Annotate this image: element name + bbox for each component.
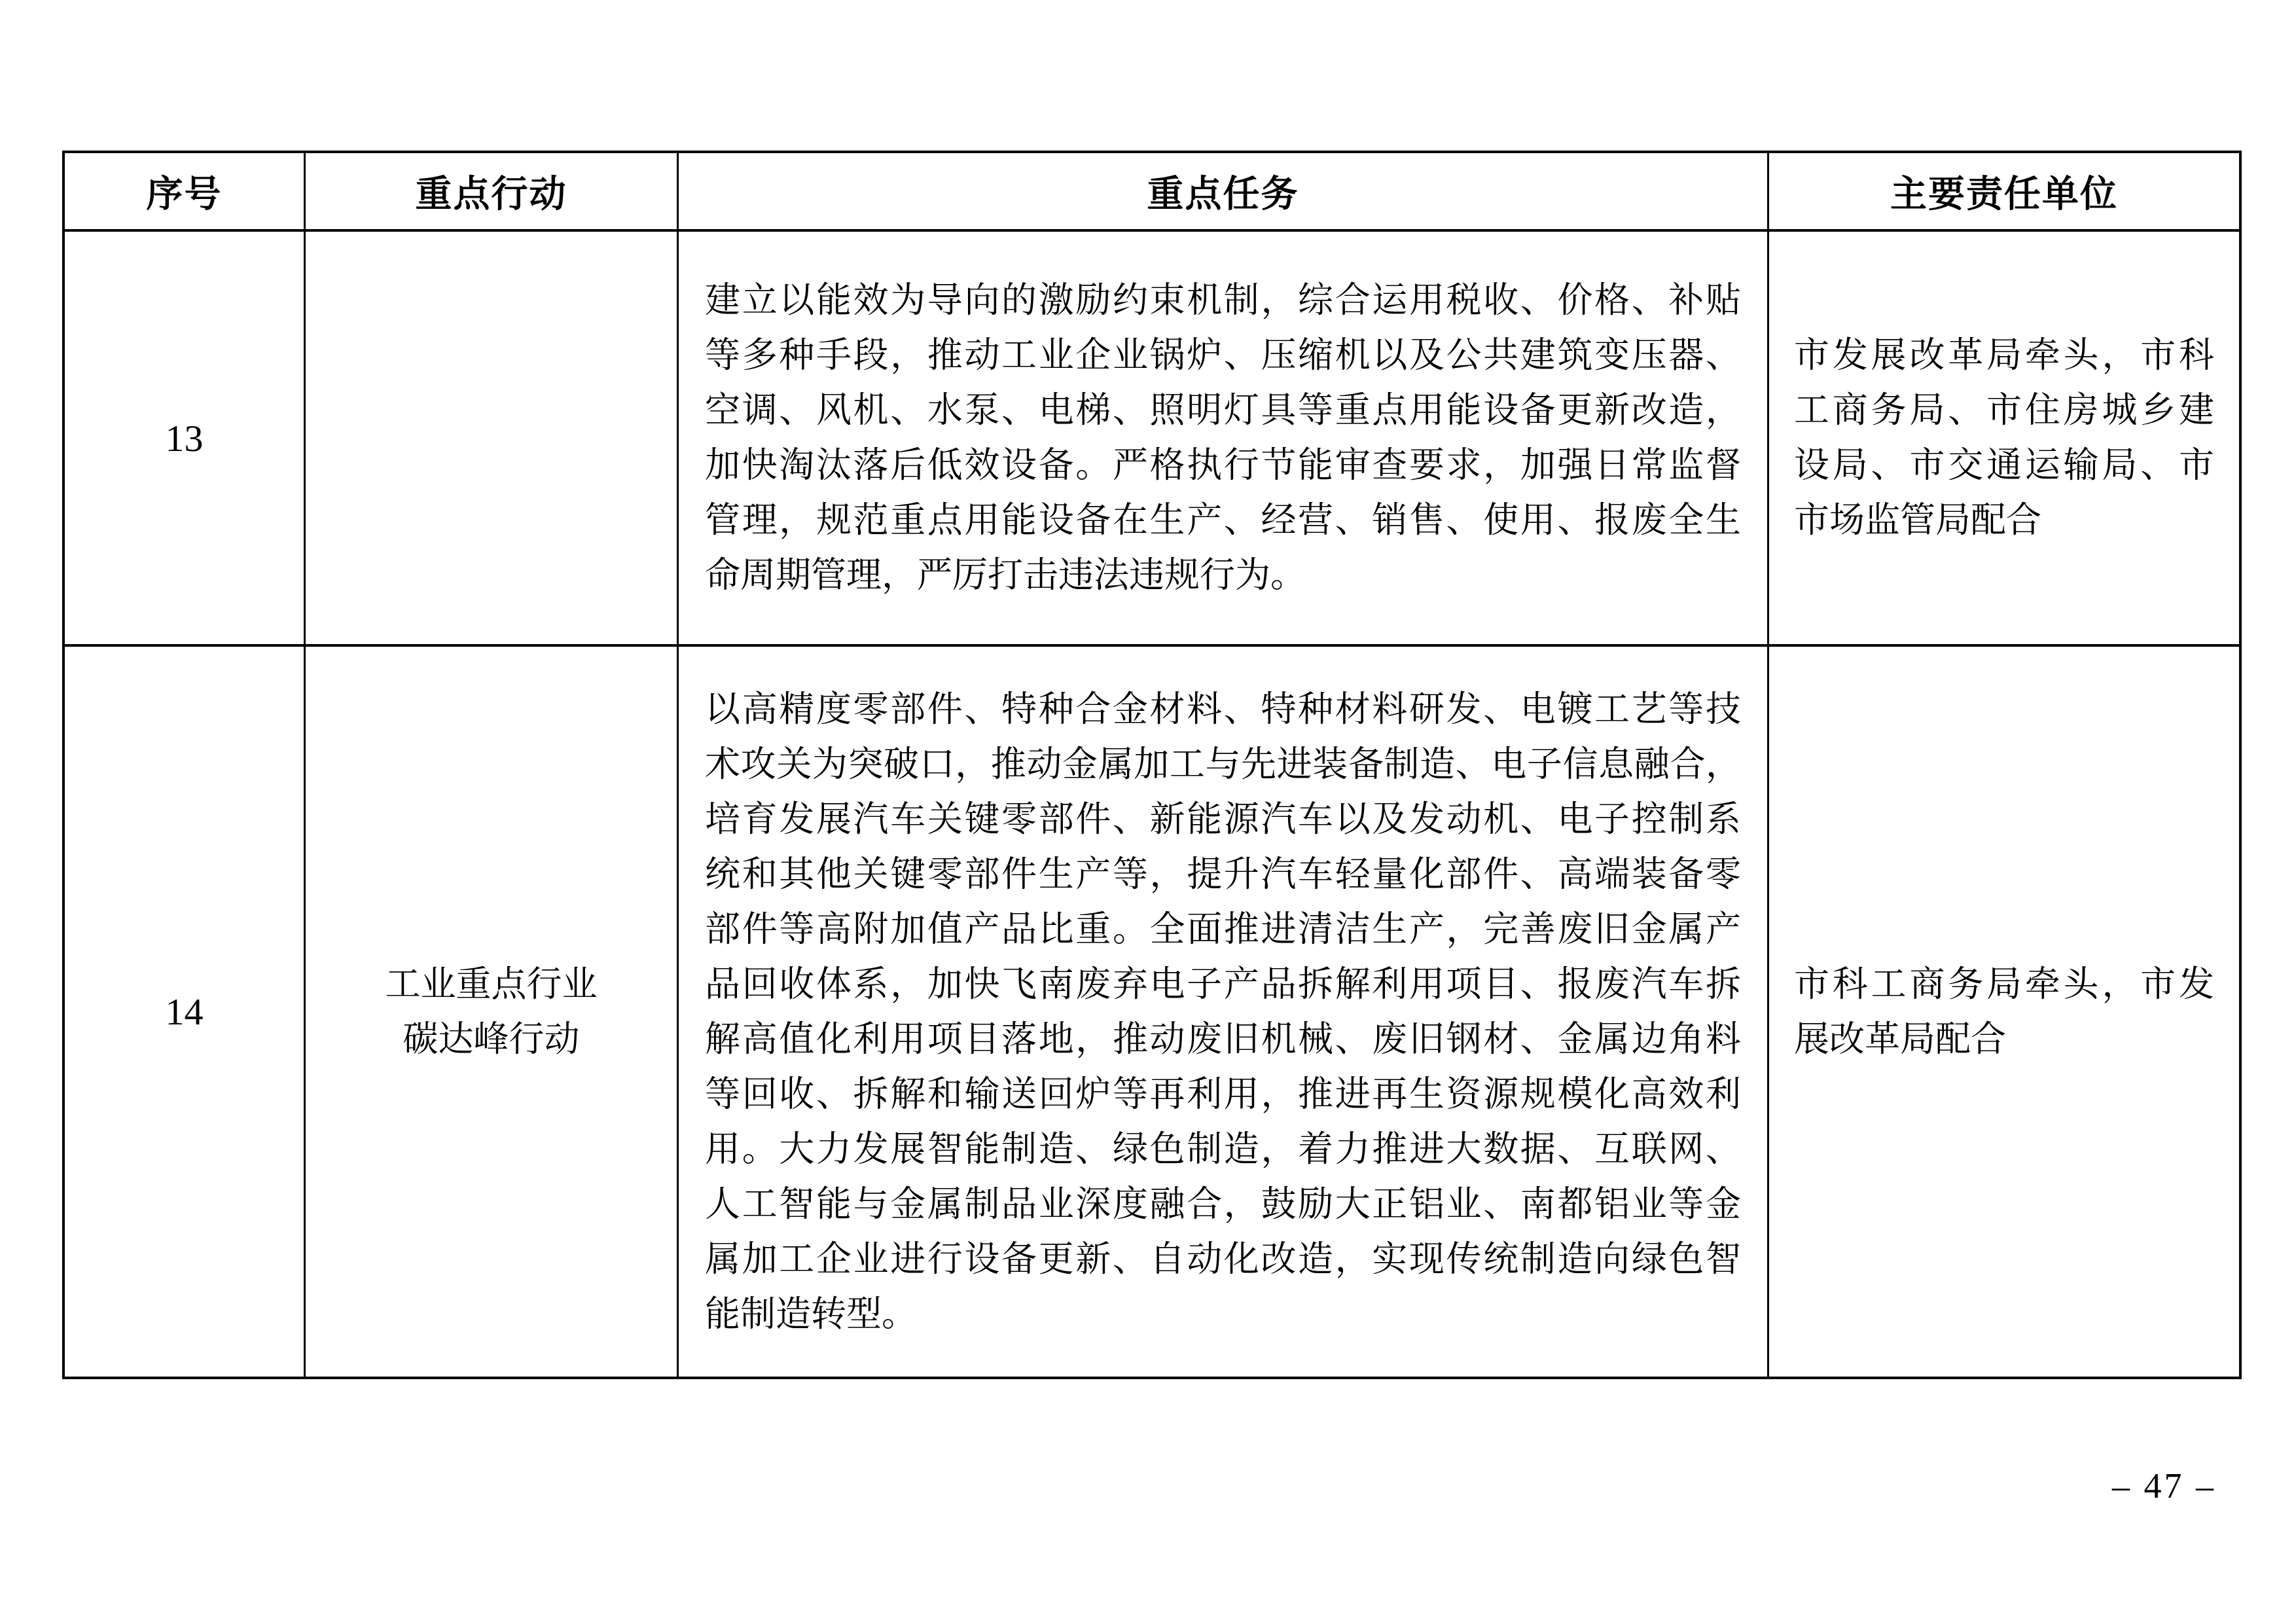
header-cell-task: 重点任务 — [679, 153, 1769, 232]
text-line: 管理，规范重点用能设备在生产、经营、销售、使用、报废全生 — [705, 493, 1741, 548]
text-line: 等回收、拆解和输送回炉等再利用，推进再生资源规模化高效利 — [705, 1067, 1741, 1122]
text-line: 建立以能效为导向的激励约束机制，综合运用税收、价格、补贴 — [705, 273, 1741, 328]
text-line: 等多种手段，推动工业企业锅炉、压缩机以及公共建筑变压器、 — [705, 328, 1741, 383]
page-number: – 47 – — [2112, 1466, 2216, 1506]
text-line: 市发展改革局牵头，市科 — [1794, 328, 2214, 383]
header-label-task: 重点任务 — [1147, 165, 1299, 217]
document-page: 序号 重点行动 重点任务 主要责任单位 13 建立以能效为导向的激励约束机制，综… — [0, 0, 2296, 1624]
text-line: 培育发展汽车关键零部件、新能源汽车以及发动机、电子控制系 — [705, 792, 1741, 847]
text-line: 以高精度零部件、特种合金材料、特种材料研发、电镀工艺等技 — [705, 682, 1741, 737]
text-line: 空调、风机、水泵、电梯、照明灯具等重点用能设备更新改造， — [705, 383, 1741, 438]
text-line: 加快淘汰落后低效设备。严格执行节能审查要求，加强日常监督 — [705, 438, 1741, 493]
row-14-unit-cell: 市科工商务局牵头，市发展改革局配合 — [1769, 647, 2239, 1377]
text-line: 品回收体系，加快飞南废弃电子产品拆解利用项目、报废汽车拆 — [705, 957, 1741, 1012]
text-line: 用。大力发展智能制造、绿色制造，着力推进大数据、互联网、 — [705, 1122, 1741, 1177]
header-cell-unit: 主要责任单位 — [1769, 153, 2239, 232]
text-line: 解高值化利用项目落地，推动废旧机械、废旧钢材、金属边角料 — [705, 1012, 1741, 1067]
text-line: 部件等高附加值产品比重。全面推进清洁生产，完善废旧金属产 — [705, 902, 1741, 957]
text-line: 市科工商务局牵头，市发 — [1794, 957, 2214, 1012]
text-line: 展改革局配合 — [1794, 1012, 2214, 1067]
text-line: 命周期管理，严厉打击违法违规行为。 — [705, 548, 1741, 603]
header-cell-no: 序号 — [65, 153, 306, 232]
text-line: 工业重点行业 — [386, 957, 598, 1012]
text-line: 术攻关为突破口，推动金属加工与先进装备制造、电子信息融合， — [705, 737, 1741, 792]
header-label-action: 重点行动 — [416, 165, 567, 217]
task-table: 序号 重点行动 重点任务 主要责任单位 13 建立以能效为导向的激励约束机制，综… — [62, 151, 2242, 1379]
row-14-task-cell: 以高精度零部件、特种合金材料、特种材料研发、电镀工艺等技术攻关为突破口，推动金属… — [679, 647, 1769, 1377]
text-line: 统和其他关键零部件生产等，提升汽车轻量化部件、高端装备零 — [705, 847, 1741, 902]
row-number: 14 — [166, 990, 204, 1034]
text-line: 属加工企业进行设备更新、自动化改造，实现传统制造向绿色智 — [705, 1232, 1741, 1287]
row-13-task-cell: 建立以能效为导向的激励约束机制，综合运用税收、价格、补贴等多种手段，推动工业企业… — [679, 232, 1769, 647]
row-number: 13 — [166, 416, 204, 460]
text-line: 设局、市交通运输局、市 — [1794, 438, 2214, 493]
row-14-action-cell: 工业重点行业碳达峰行动 — [306, 647, 679, 1377]
row-14-number-cell: 14 — [65, 647, 306, 1377]
text-line: 人工智能与金属制品业深度融合，鼓励大正铝业、南都铝业等金 — [705, 1177, 1741, 1232]
row-13-number-cell: 13 — [65, 232, 306, 647]
header-label-unit: 主要责任单位 — [1890, 165, 2118, 217]
row-13-unit-cell: 市发展改革局牵头，市科工商务局、市住房城乡建设局、市交通运输局、市市场监管局配合 — [1769, 232, 2239, 647]
row-13-action-cell — [306, 232, 679, 647]
header-cell-action: 重点行动 — [306, 153, 679, 232]
text-line: 能制造转型。 — [705, 1287, 1741, 1342]
text-line: 市场监管局配合 — [1794, 493, 2214, 548]
text-line: 工商务局、市住房城乡建 — [1794, 383, 2214, 438]
header-label-no: 序号 — [147, 165, 223, 217]
text-line: 碳达峰行动 — [403, 1012, 580, 1067]
